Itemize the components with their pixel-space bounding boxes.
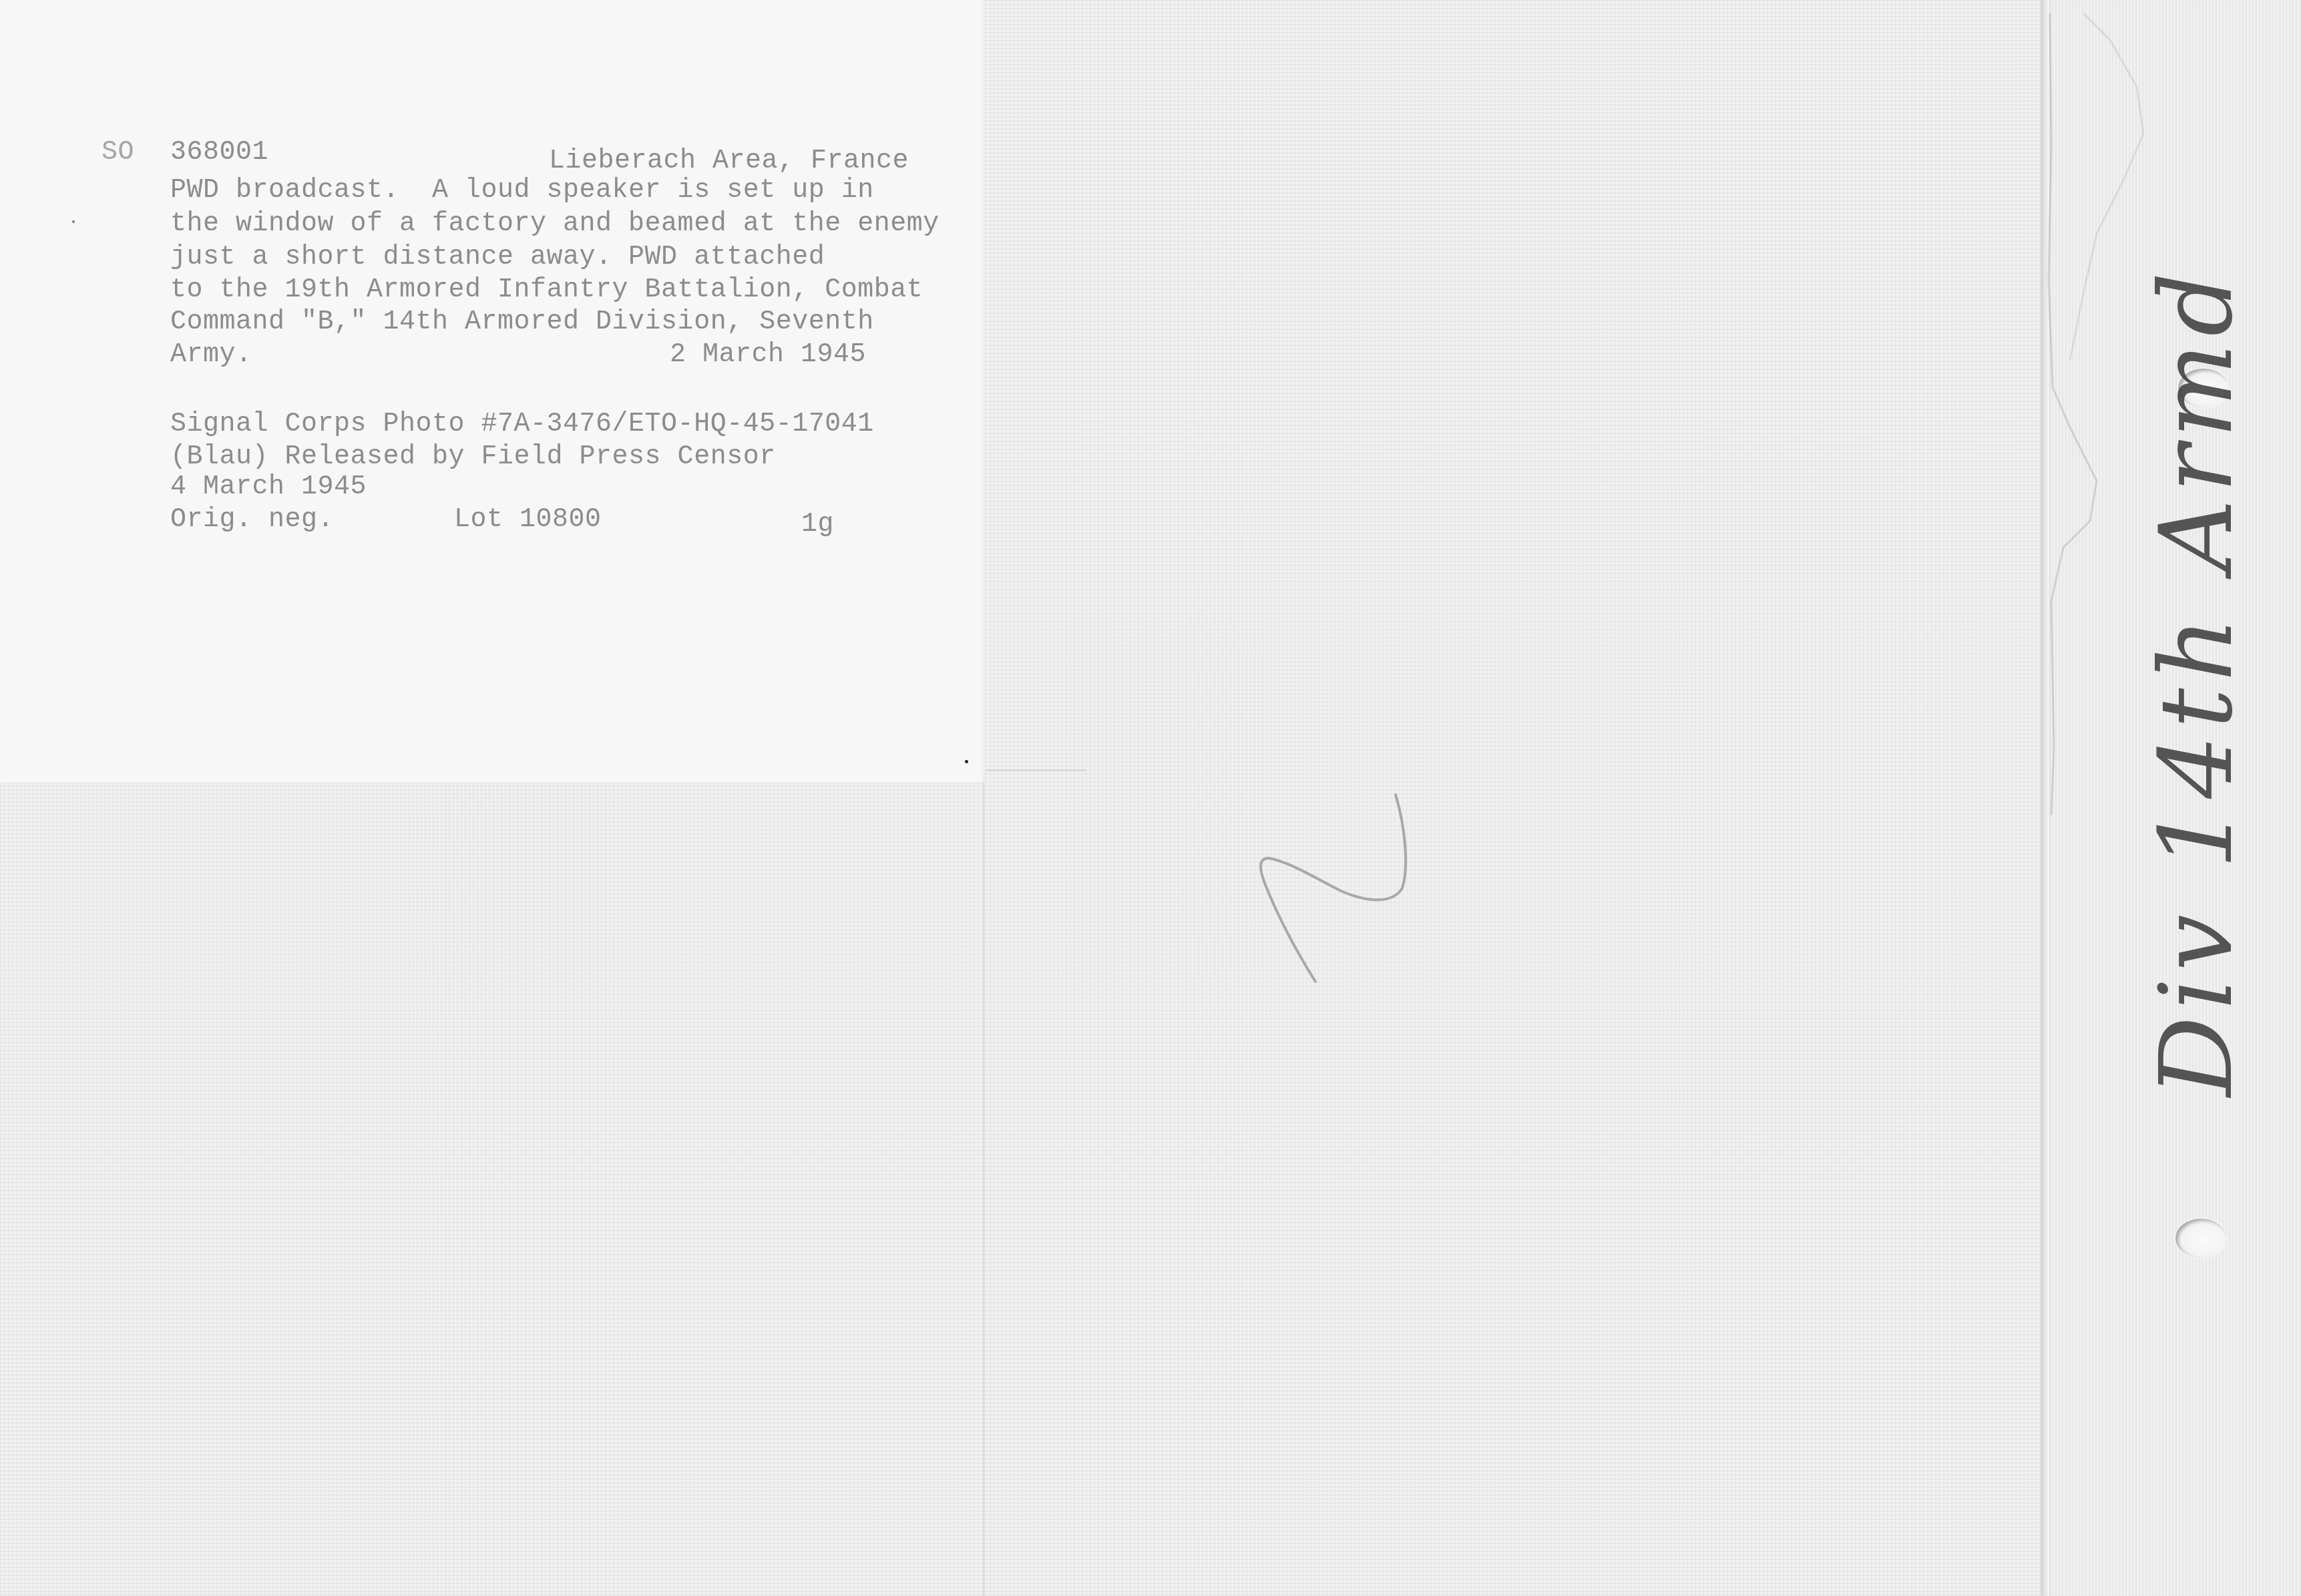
caption-body-line: to the 19th Armored Infantry Battalion, … xyxy=(170,274,923,307)
release-line: (Blau) Released by Field Press Censor xyxy=(170,441,776,473)
caption-body-line: Command "B," 14th Armored Division, Seve… xyxy=(170,307,874,339)
pencil-number-mark xyxy=(1222,788,1422,988)
typed-caption-label: SO 368001 Lieberach Area, France PWD bro… xyxy=(0,0,984,783)
speck xyxy=(72,220,75,223)
negative-code: 1g xyxy=(801,509,834,541)
faint-mark xyxy=(986,769,1086,771)
photo-credit: Signal Corps Photo #7A-3476/ETO-HQ-45-17… xyxy=(170,409,874,441)
caption-number: 368001 xyxy=(170,137,268,169)
panel-seam-lower xyxy=(984,783,984,1596)
caption-location: Lieberach Area, France xyxy=(549,146,909,178)
orig-neg-label: Orig. neg. xyxy=(170,504,334,536)
release-date: 4 March 1945 xyxy=(170,471,367,504)
caption-body-line: PWD broadcast. A loud speaker is set up … xyxy=(170,175,874,207)
archival-card-back: SO 368001 Lieberach Area, France PWD bro… xyxy=(0,0,2301,1596)
handwritten-margin-note: Div 14th Armd xyxy=(2139,266,2255,1096)
lot-number: Lot 10800 xyxy=(454,504,602,536)
caption-body-line: the window of a factory and beamed at th… xyxy=(170,208,939,240)
panel-seam xyxy=(982,0,983,1596)
caption-body-line: just a short distance away. PWD attached xyxy=(170,242,825,274)
punch-hole xyxy=(2175,1219,2226,1257)
speck xyxy=(965,760,968,763)
caption-prefix: SO xyxy=(101,137,134,169)
caption-date: 2 March 1945 xyxy=(670,339,866,371)
caption-body-line: Army. xyxy=(170,339,252,371)
